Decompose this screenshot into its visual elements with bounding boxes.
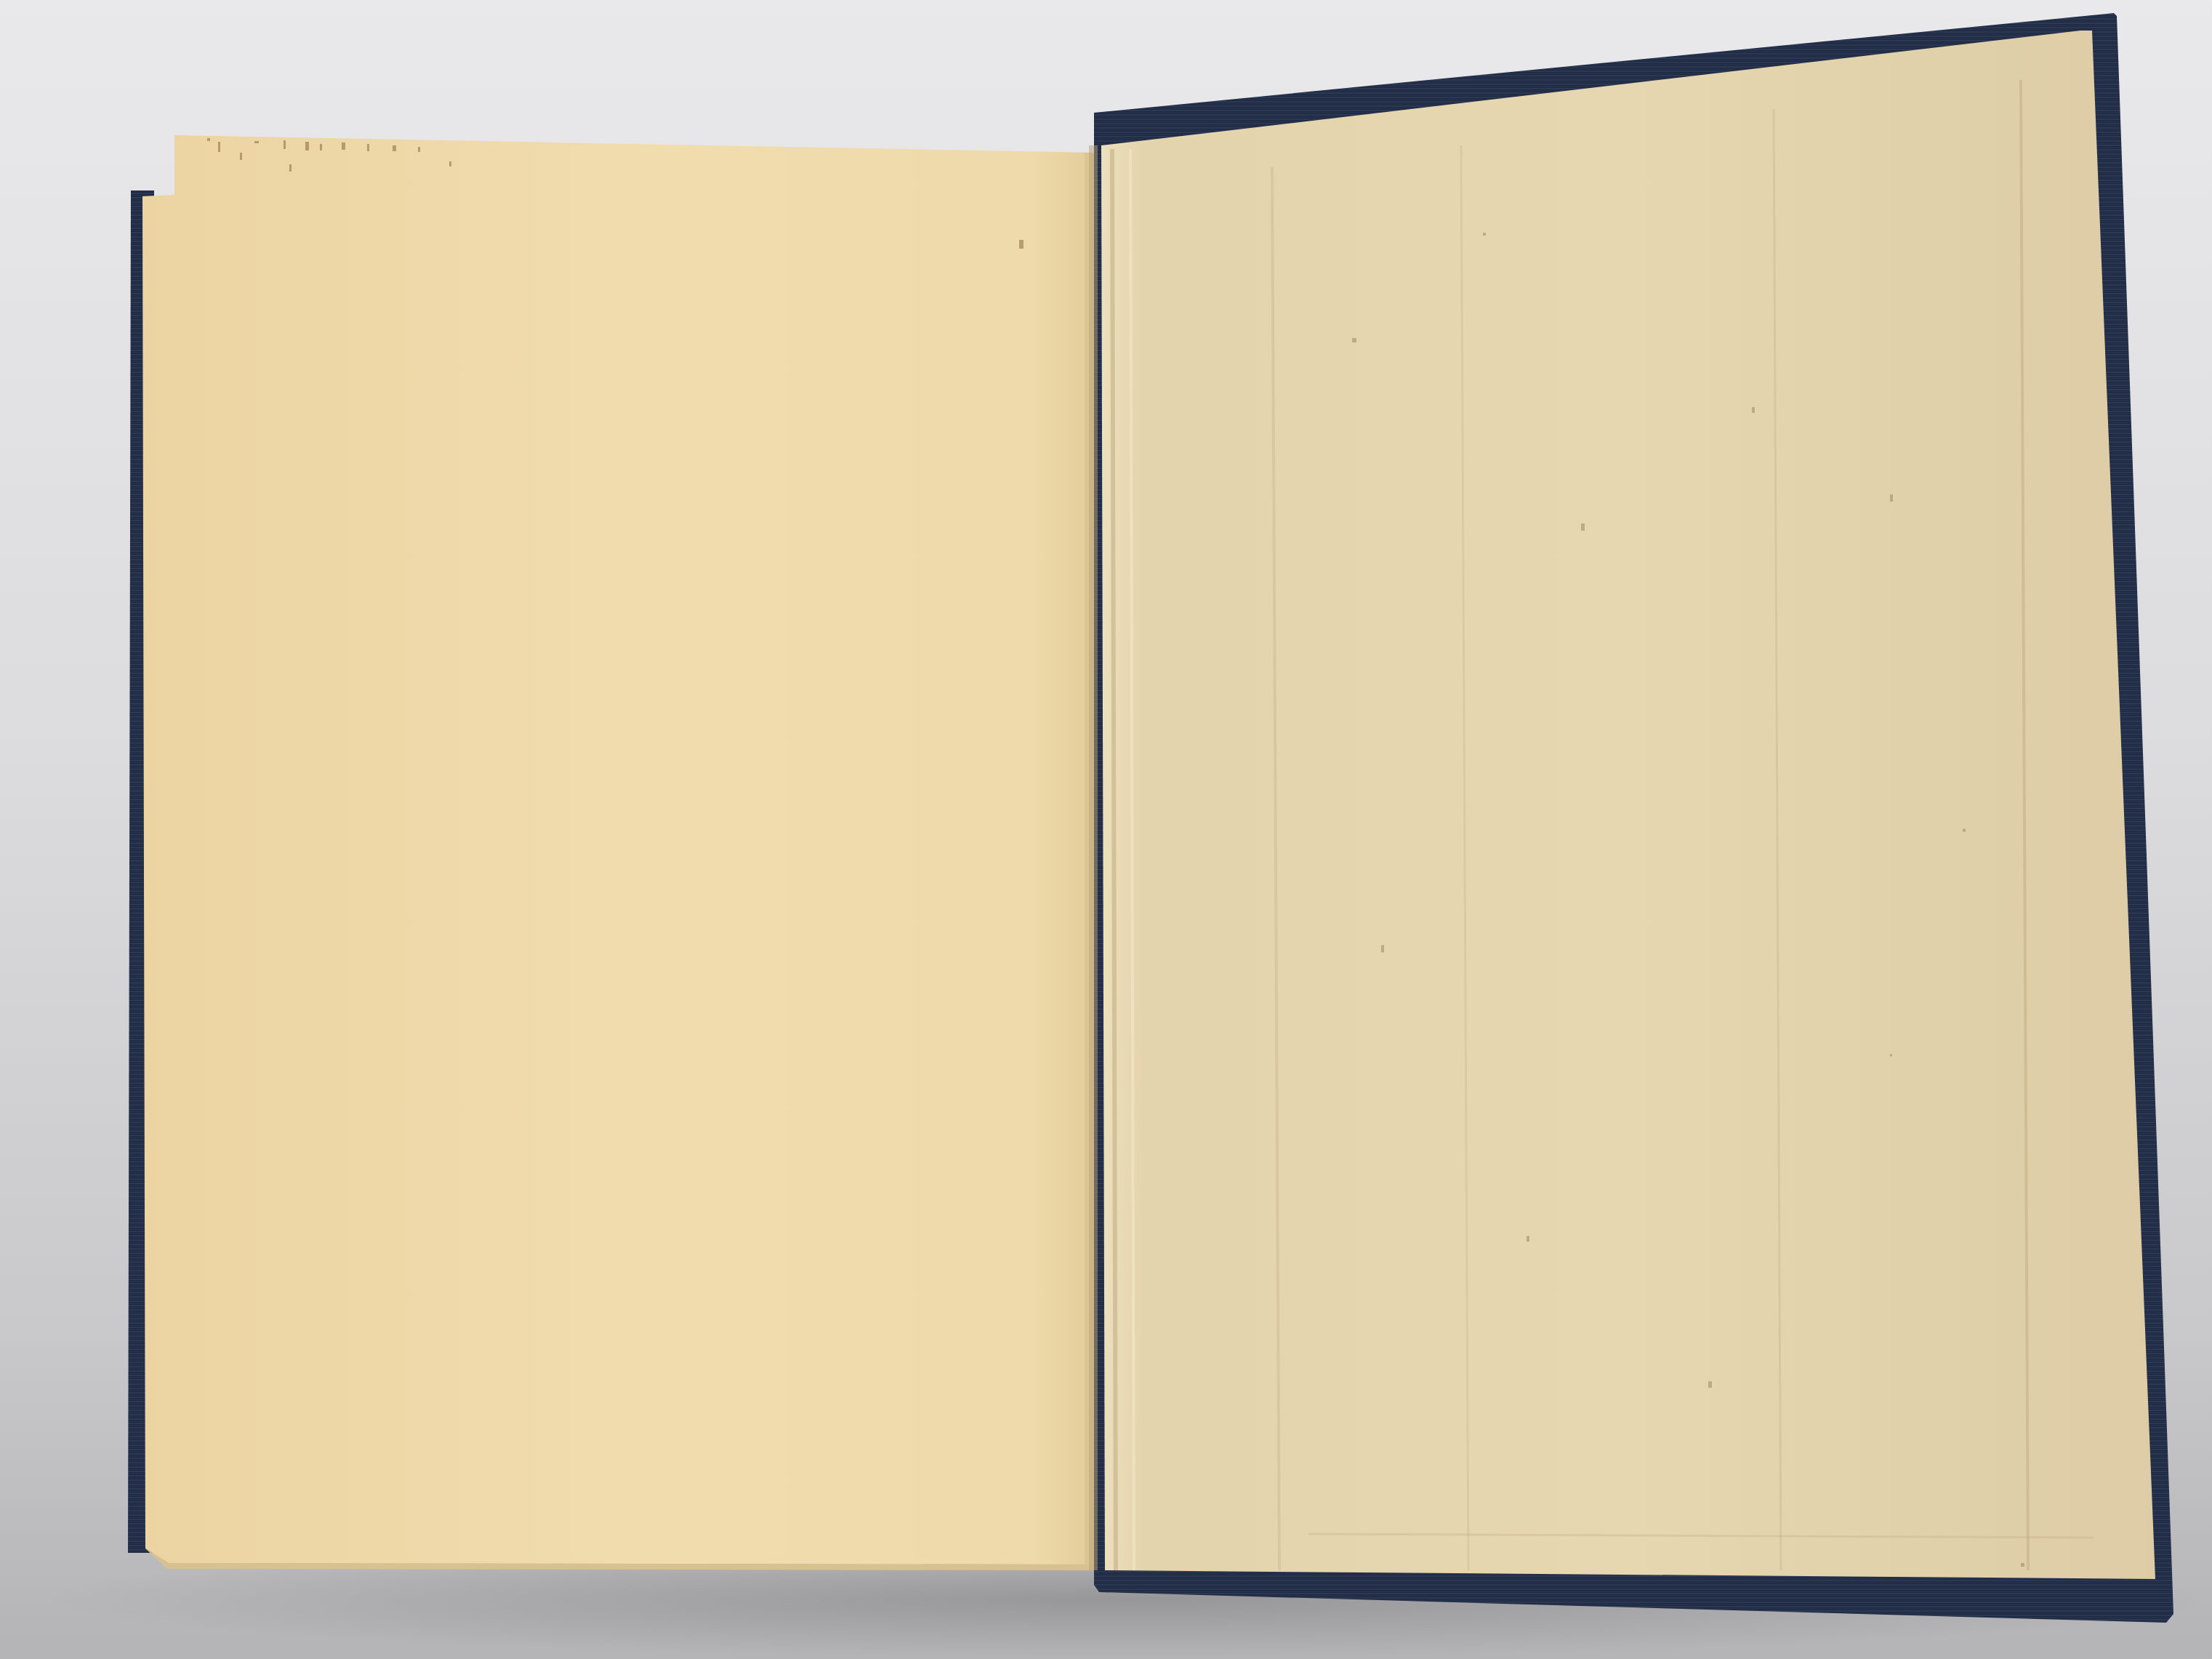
open-book	[0, 0, 2212, 1659]
left-page	[142, 135, 1099, 1570]
right-page	[1101, 31, 2155, 1579]
gutter-shadow	[1089, 145, 1098, 1570]
photo-background: Open hardcover book with blank, foxed en…	[0, 0, 2212, 1659]
